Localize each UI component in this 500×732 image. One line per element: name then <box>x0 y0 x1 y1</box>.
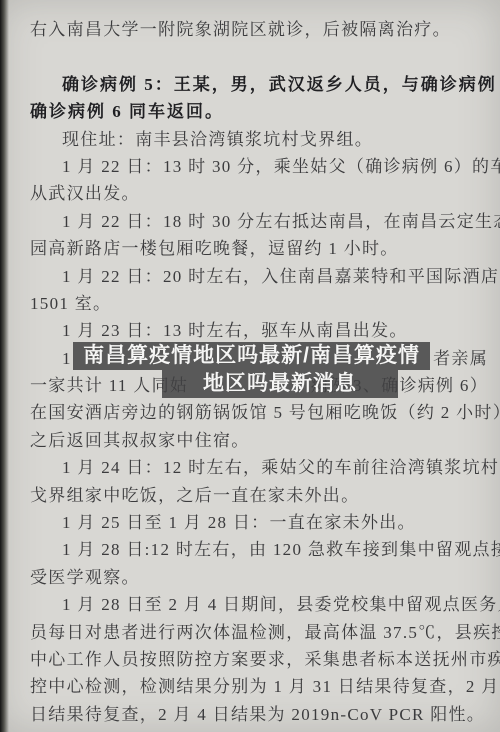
case-heading-line: 确诊病例 5：王某，男，武汉返乡人员，与确诊病例 3、 <box>30 71 488 98</box>
timeline-line: 中心工作人员按照防控方案要求，采集患者标本送抚州市疾 <box>30 646 488 673</box>
scanned-page-edge-shadow <box>0 0 9 732</box>
address-line: 现住址：南丰县洽湾镇浆坑村戈界组。 <box>30 126 488 153</box>
case-heading-line: 确诊病例 6 同车返回。 <box>30 98 488 125</box>
timeline-line: 受医学观察。 <box>30 564 488 591</box>
timeline-line: 1 月 22 日：13 时 30 分，乘坐姑父（确诊病例 6）的车 <box>30 153 488 180</box>
timeline-line: 控中心检测，检测结果分别为 1 月 31 日结果待复查，2 月 1 <box>30 673 488 700</box>
timeline-line: 1 月 28 日至 2 月 4 日期间，县委党校集中留观点医务人 <box>30 591 488 618</box>
timeline-line: 1 月 28 日:12 时左右，由 120 急救车接到集中留观点接 <box>30 536 488 563</box>
timeline-line: 1 月 24 日：12 时左右，乘姑父的车前往洽湾镇浆坑村 <box>30 454 488 481</box>
watermark-caption-line-1: 南昌算疫情地区吗最新/南昌算疫情 <box>73 342 430 370</box>
timeline-line: 1 月 22 日：18 时 30 分左右抵达南昌，在南昌云定生态 <box>30 208 488 235</box>
timeline-line: 日结果待复查，2 月 4 日结果为 2019n-CoV PCR 阳性。 <box>30 701 488 728</box>
timeline-line: 员每日对患者进行两次体温检测，最高体温 37.5℃，县疾控 <box>30 619 488 646</box>
timeline-line: 1 月 23 日：13 时左右，驱车从南昌出发。 <box>30 317 488 344</box>
timeline-line: 从武汉出发。 <box>30 180 488 207</box>
timeline-line: 1501 室。 <box>30 290 488 317</box>
watermark-caption-line-2: 地区吗最新消息 <box>162 370 398 398</box>
timeline-line: 之后返回其叔叔家中住宿。 <box>30 427 488 454</box>
timeline-line: 戈界组家中吃饭，之后一直在家未外出。 <box>30 482 488 509</box>
timeline-line: 园高新路店一楼包厢吃晚餐，逗留约 1 小时。 <box>30 235 488 262</box>
timeline-line: 1 月 25 日至 1 月 28 日：一直在家未外出。 <box>30 509 488 536</box>
watermark-caption-overlay: 南昌算疫情地区吗最新/南昌算疫情 地区吗最新消息 <box>0 342 500 398</box>
text-line: 右入南昌大学一附院象湖院区就诊，后被隔离治疗。 <box>30 16 488 43</box>
timeline-line: 1 月 22 日：20 时左右，入住南昌嘉莱特和平国际酒店 <box>30 263 488 290</box>
timeline-line: 在国安酒店旁边的钢筋锅饭馆 5 号包厢吃晚饭（约 2 小时）， <box>30 399 488 426</box>
